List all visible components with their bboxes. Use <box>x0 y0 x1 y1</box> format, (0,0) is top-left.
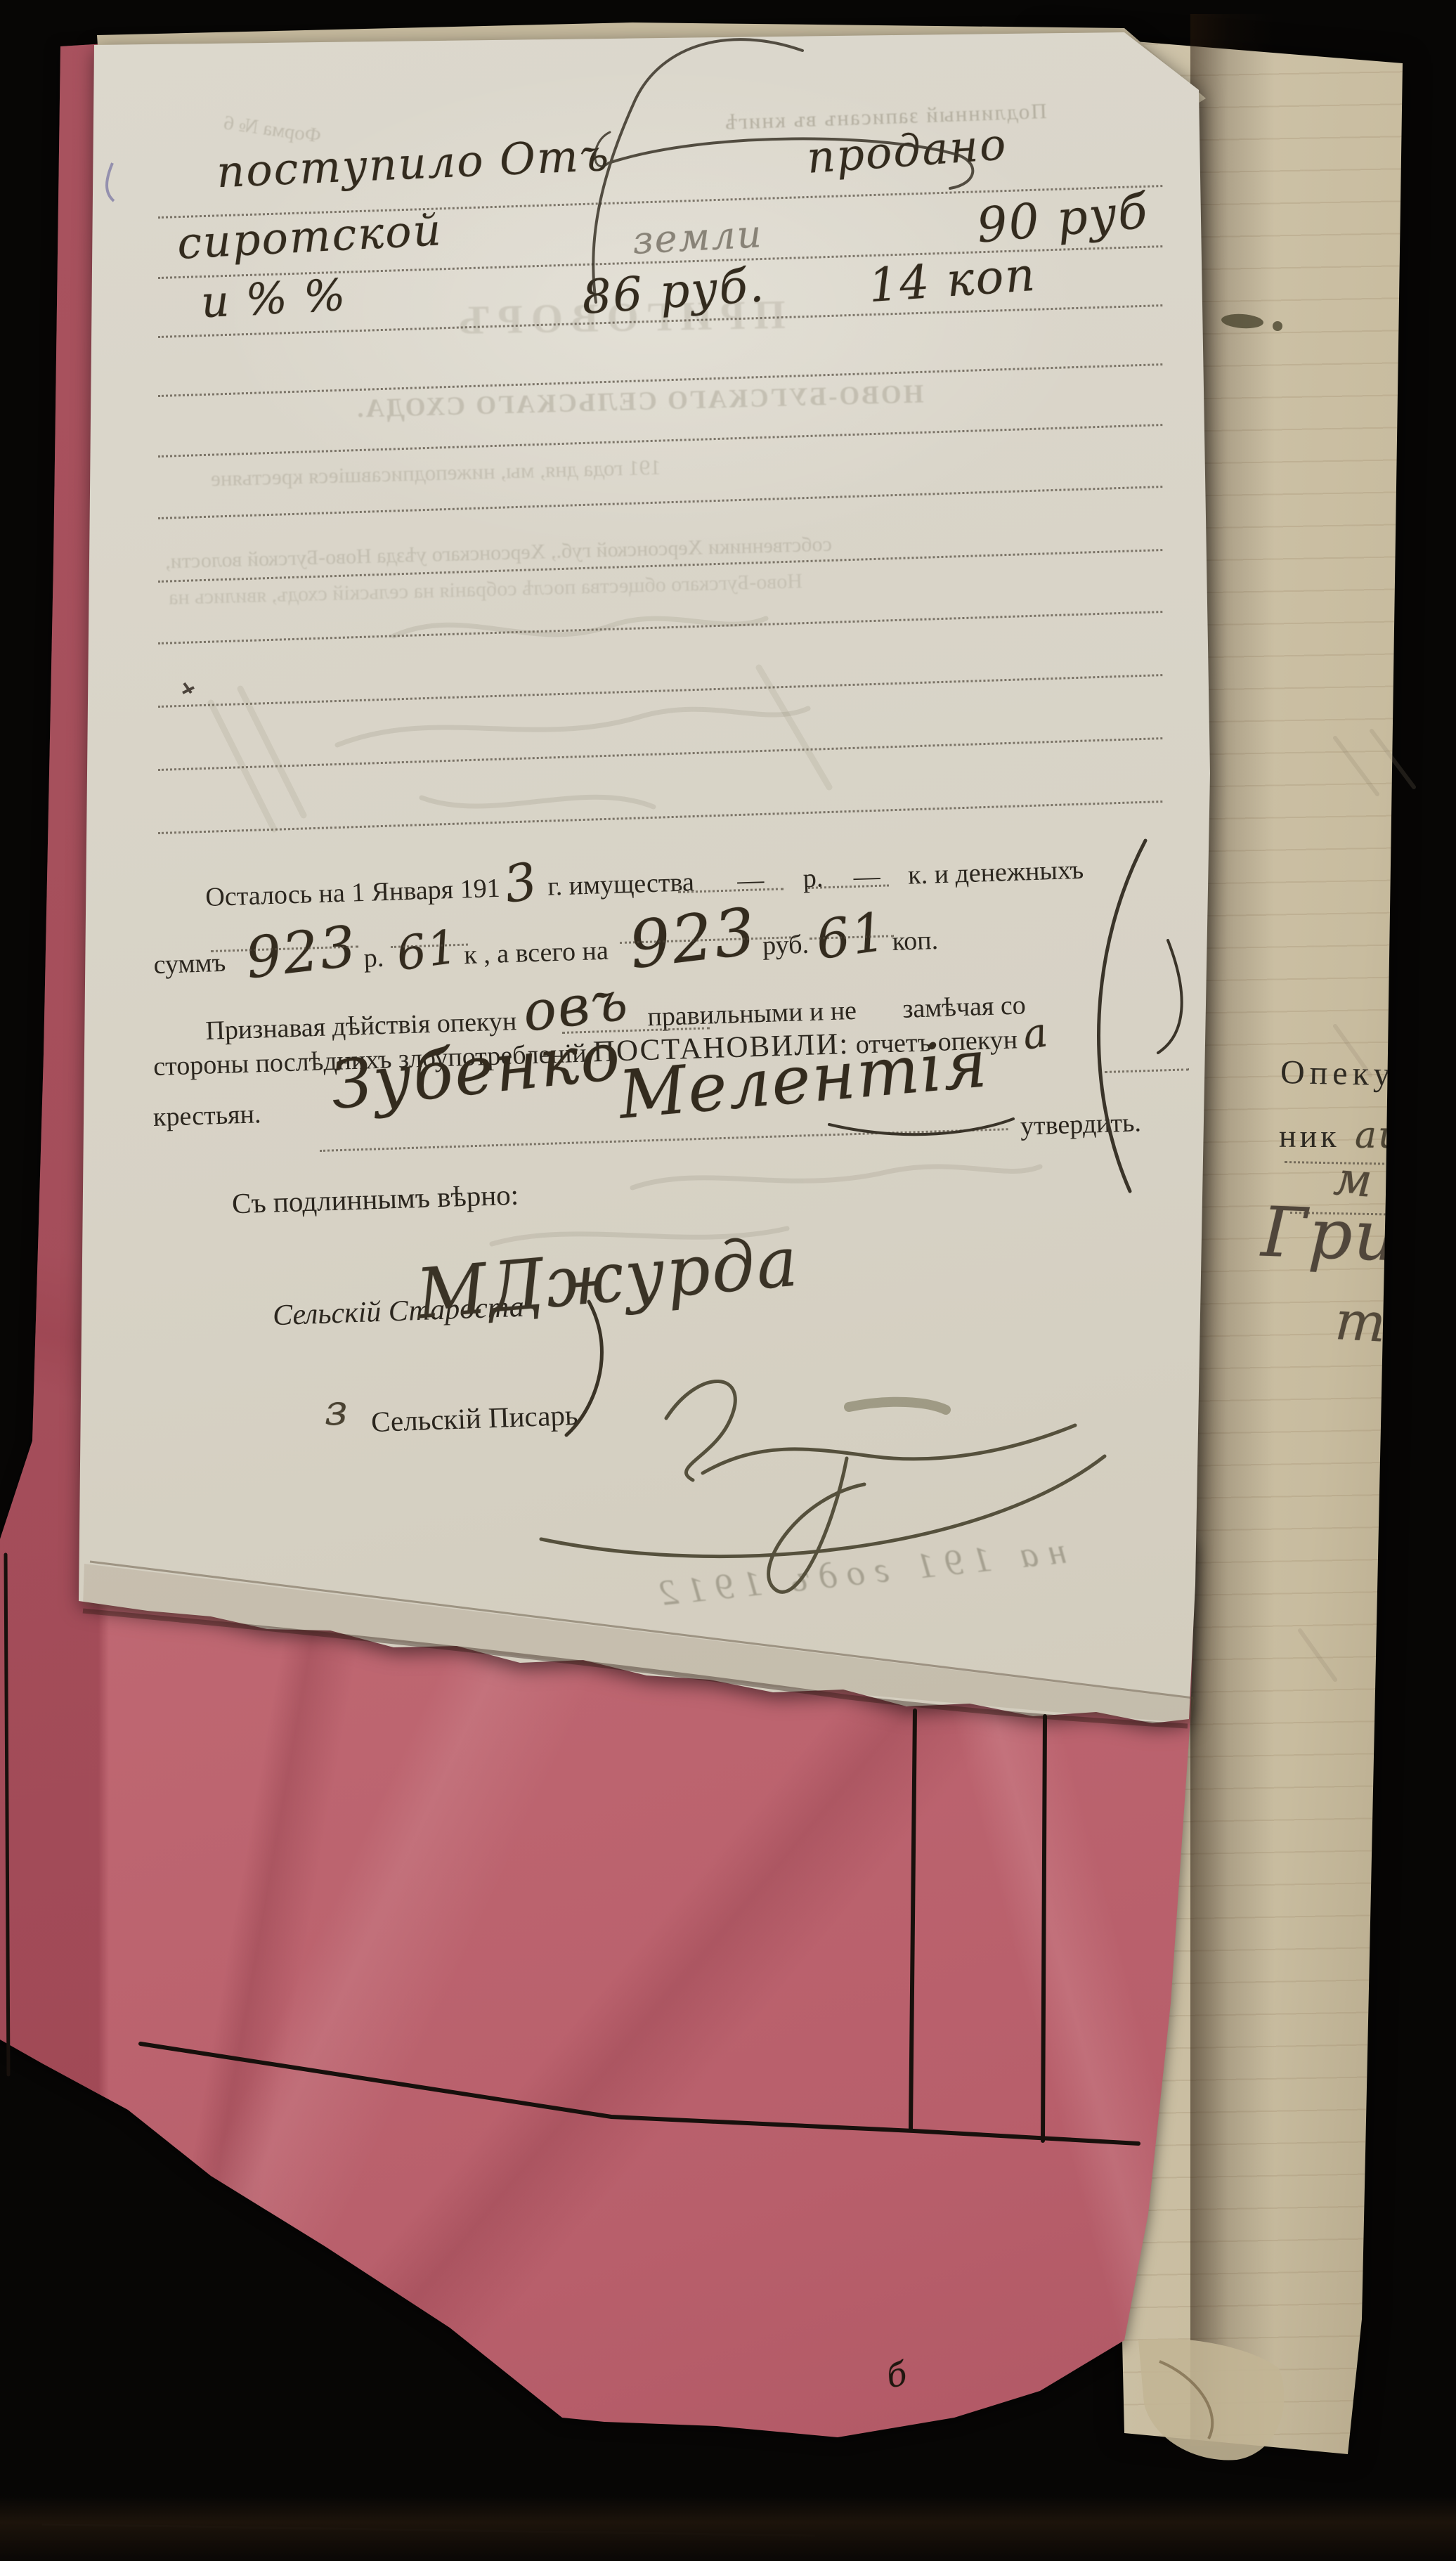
archival-scan: Опекун ник аи м Гри т б Подлинный записа… <box>0 0 1456 2561</box>
ink-overlay <box>0 0 1456 2561</box>
table-surface <box>0 2496 1456 2561</box>
